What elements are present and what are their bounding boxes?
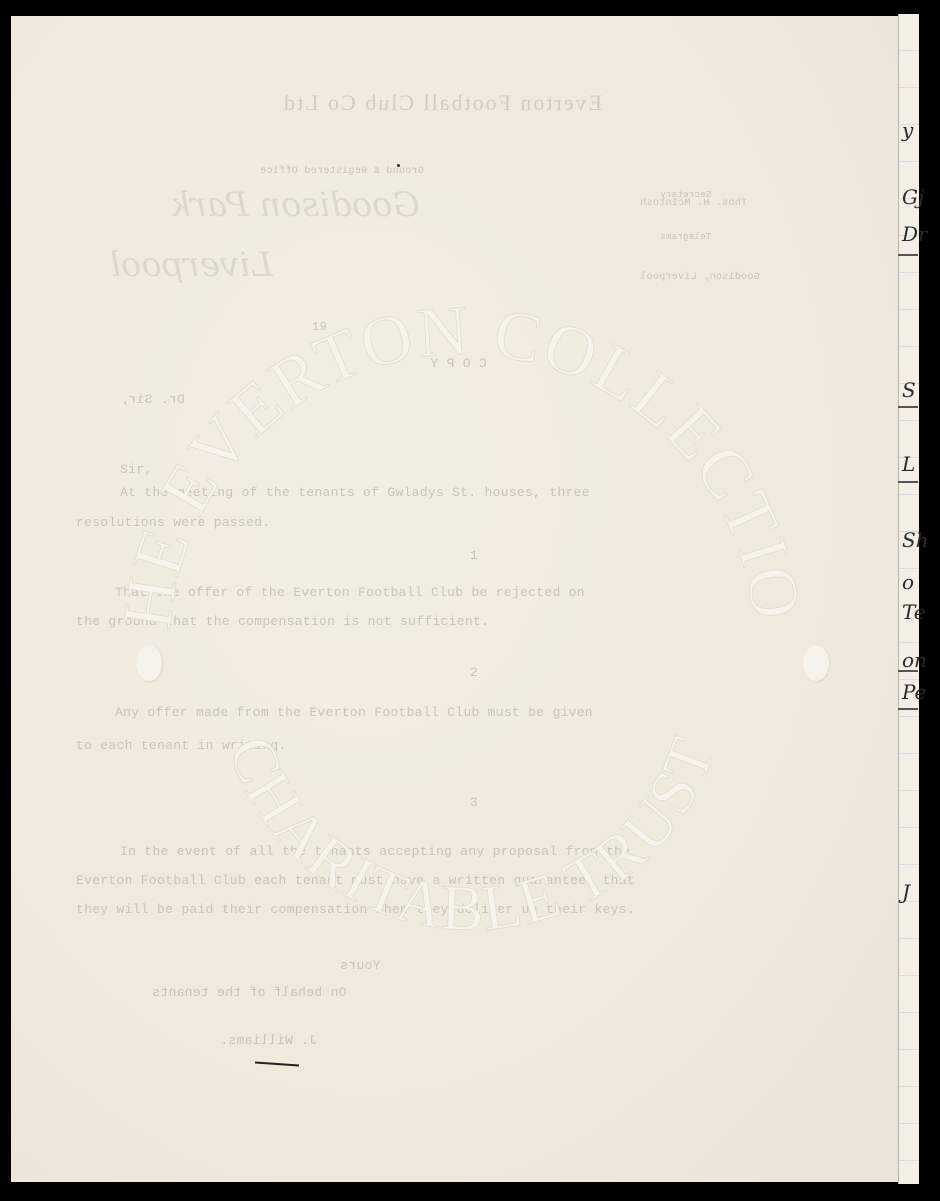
ledger-rule bbox=[898, 708, 918, 710]
watermark-dot-icon bbox=[136, 645, 162, 681]
ink-speck bbox=[397, 164, 400, 167]
ledger-handwriting: y bbox=[902, 118, 913, 142]
office-label: Ground & Registered Office bbox=[260, 166, 424, 177]
ledger-rule bbox=[898, 406, 918, 408]
ledger-handwriting: Sh bbox=[902, 528, 929, 552]
signature: J. Williams. bbox=[220, 1033, 317, 1048]
watermark-bottom-text: CHARITABLE TRUST bbox=[215, 727, 730, 945]
ledger-handwriting: J bbox=[902, 880, 910, 904]
svg-text:CHARITABLE TRUST: CHARITABLE TRUST bbox=[215, 727, 730, 945]
ledger-handwriting: L bbox=[902, 452, 915, 476]
watermark-top-text: THE EVERTON COLLECTION bbox=[82, 218, 816, 634]
ledger-handwriting: Te bbox=[902, 600, 926, 624]
ledger-rule bbox=[898, 481, 918, 483]
everton-collection-watermark: THE EVERTON COLLECTION CHARITABLE TRUST bbox=[82, 218, 862, 998]
ledger-rule bbox=[898, 254, 918, 256]
ledger-handwriting: on bbox=[902, 648, 927, 672]
ledger-handwriting: o bbox=[902, 570, 914, 594]
svg-text:THE EVERTON COLLECTION: THE EVERTON COLLECTION bbox=[82, 218, 816, 634]
letterhead-title: Everton Football Club Co Ltd bbox=[182, 90, 702, 116]
ledger-handwriting: Gj bbox=[902, 185, 924, 209]
secretary-name: Thos. H. McIntosh bbox=[640, 198, 747, 209]
ledger-handwriting: Pe bbox=[902, 680, 926, 704]
ledger-handwriting: Dr bbox=[902, 222, 928, 246]
watermark-dot-icon bbox=[803, 645, 829, 681]
ledger-handwriting: S bbox=[902, 378, 916, 402]
ledger-rule bbox=[898, 670, 918, 672]
